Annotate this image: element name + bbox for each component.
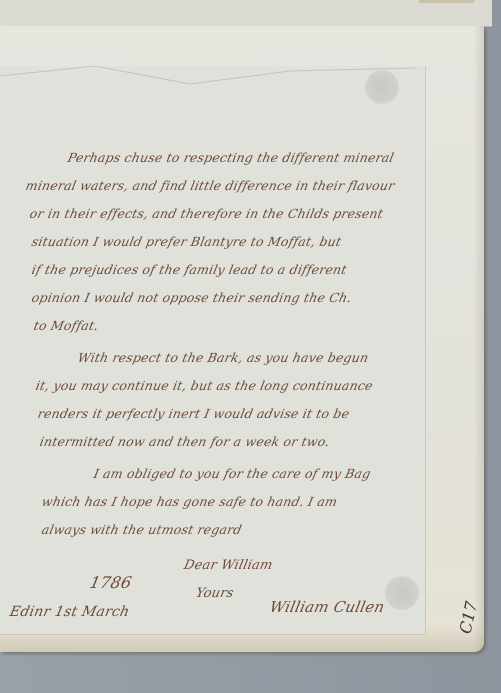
- letter-line: With respect to the Bark, as you have be…: [76, 350, 370, 365]
- folder-tab: [419, 0, 474, 3]
- letter-line: it, you may continue it, but as the long…: [34, 378, 374, 393]
- letter-line: if the prejudices of the family lead to …: [30, 262, 348, 277]
- letter-line: renders it perfectly inert I would advis…: [36, 406, 351, 421]
- letter-line: always with the utmost regard: [40, 522, 243, 537]
- letter-line: or in their effects, and therefore in th…: [28, 206, 384, 221]
- letter-sheet: Perhaps chuse to respecting the differen…: [0, 26, 484, 652]
- dateline: Edinr 1st March: [8, 604, 131, 620]
- date-year: 1786: [88, 573, 134, 592]
- inset-page: Perhaps chuse to respecting the differen…: [0, 66, 426, 635]
- letter-line: mineral waters, and find little differen…: [24, 178, 396, 193]
- letter-line: Perhaps chuse to respecting the differen…: [66, 150, 395, 165]
- letter-body: Perhaps chuse to respecting the differen…: [0, 66, 425, 634]
- valediction: Yours: [194, 586, 235, 601]
- folder-strip: [0, 0, 492, 27]
- signature: William Cullen: [268, 598, 386, 616]
- letter-line: which has I hope has gone safe to hand. …: [40, 494, 338, 509]
- letter-line: situation I would prefer Blantyre to Mof…: [30, 234, 343, 249]
- letter-line: opinion I would not oppose their sending…: [30, 290, 353, 305]
- salutation: Dear William: [182, 558, 274, 573]
- letter-line: to Moffat.: [32, 318, 100, 333]
- letter-line: intermitted now and then for a week or t…: [38, 434, 331, 449]
- letter-line: I am obliged to you for the care of my B…: [92, 466, 372, 481]
